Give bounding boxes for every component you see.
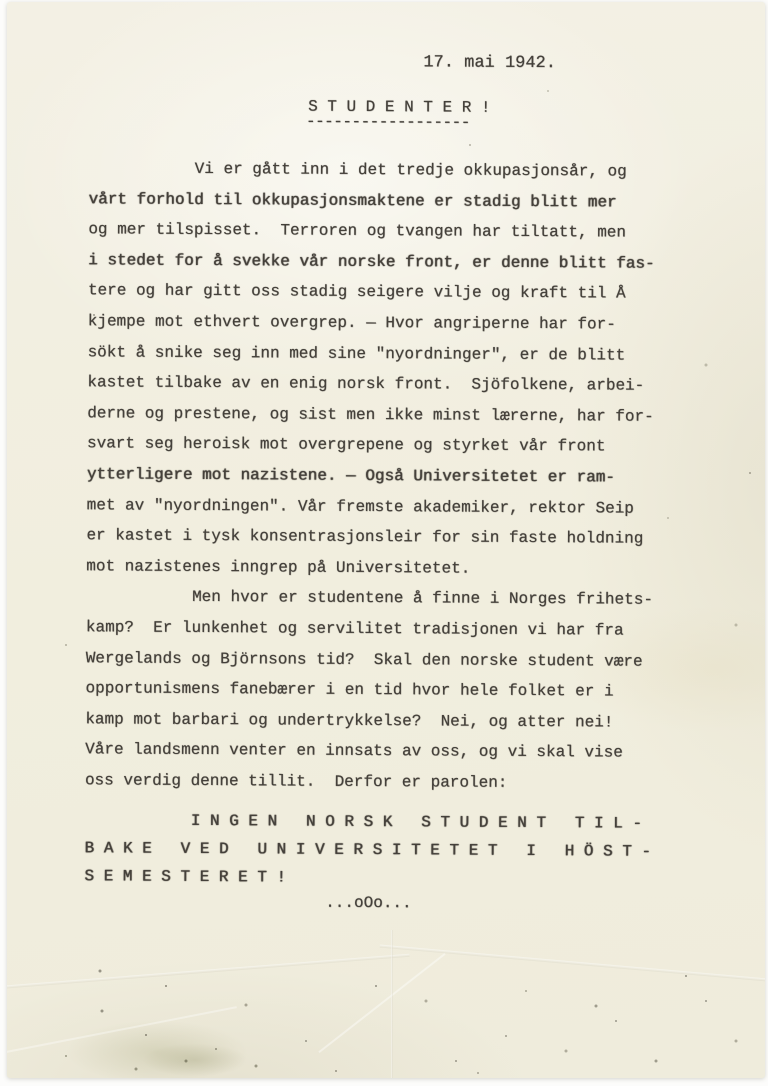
body-line: vårt forhold til okkupasjonsmaktene er s… bbox=[88, 184, 698, 218]
paper-sheet: 17. mai 1942. S T U D E N T E R ! ------… bbox=[7, 2, 765, 1078]
slogan-text: I N G E N N O R S K S T U D E N T T I L … bbox=[84, 806, 651, 893]
body-line: mot nazistenes inngrep på Universitetet. bbox=[86, 551, 696, 585]
body-line: ytterligere mot nazistene. — Også Univer… bbox=[87, 459, 697, 493]
body-line: kamp? Er lunkenhet og servilitet tradisj… bbox=[86, 612, 696, 646]
body-line: met av "nyordningen". Vår fremste akadem… bbox=[87, 490, 697, 524]
body-line: derne og prestene, og sist men ikke mins… bbox=[87, 398, 697, 432]
body-line: er kastet i tysk konsentrasjonsleir for … bbox=[86, 520, 696, 554]
closing-mark: ...oOo... bbox=[325, 894, 412, 913]
slogan-line: I N G E N N O R S K S T U D E N T T I L … bbox=[85, 806, 652, 837]
body-text: Vi er gått inn i det tredje okkupasjonså… bbox=[85, 153, 699, 799]
date-line: 17. mai 1942. bbox=[423, 54, 556, 73]
body-line: opportunismens fanebærer i en tid hvor h… bbox=[85, 673, 695, 707]
body-line: kamp mot barbari og undertrykkelse? Nei,… bbox=[85, 704, 695, 738]
body-line: svart seg heroisk mot overgrepene og sty… bbox=[87, 429, 697, 463]
scanned-page: 17. mai 1942. S T U D E N T E R ! ------… bbox=[0, 0, 768, 1086]
body-line: i stedet for å svekke vår norske front, … bbox=[88, 245, 698, 279]
body-line: og mer tilspisset. Terroren og tvangen h… bbox=[88, 214, 698, 248]
body-line: tere og har gitt oss stadig seigere vilj… bbox=[88, 276, 698, 310]
body-line: kastet tilbake av en enig norsk front. S… bbox=[87, 367, 697, 401]
body-line: sökt å snike seg inn med sine "nyordning… bbox=[87, 337, 697, 371]
slogan-line: S E M E S T E R E T ! bbox=[84, 862, 651, 893]
body-line: oss verdig denne tillit. Derfor er parol… bbox=[85, 765, 695, 799]
body-line: Men hvor er studentene å finne i Norges … bbox=[86, 582, 696, 616]
body-line: kjempe mot ethvert overgrep. — Hvor angr… bbox=[88, 306, 698, 340]
typewritten-text: 17. mai 1942. S T U D E N T E R ! ------… bbox=[7, 2, 765, 1078]
body-line: Våre landsmenn venter en innsats av oss,… bbox=[85, 735, 695, 769]
slogan-line: B A K E V E D U N I V E R S I T E T E T … bbox=[84, 834, 651, 865]
body-line: Wergelands og Björnsons tid? Skal den no… bbox=[86, 643, 696, 677]
title-underline: ------------------ bbox=[306, 114, 470, 131]
body-line: Vi er gått inn i det tredje okkupasjonså… bbox=[89, 153, 699, 187]
